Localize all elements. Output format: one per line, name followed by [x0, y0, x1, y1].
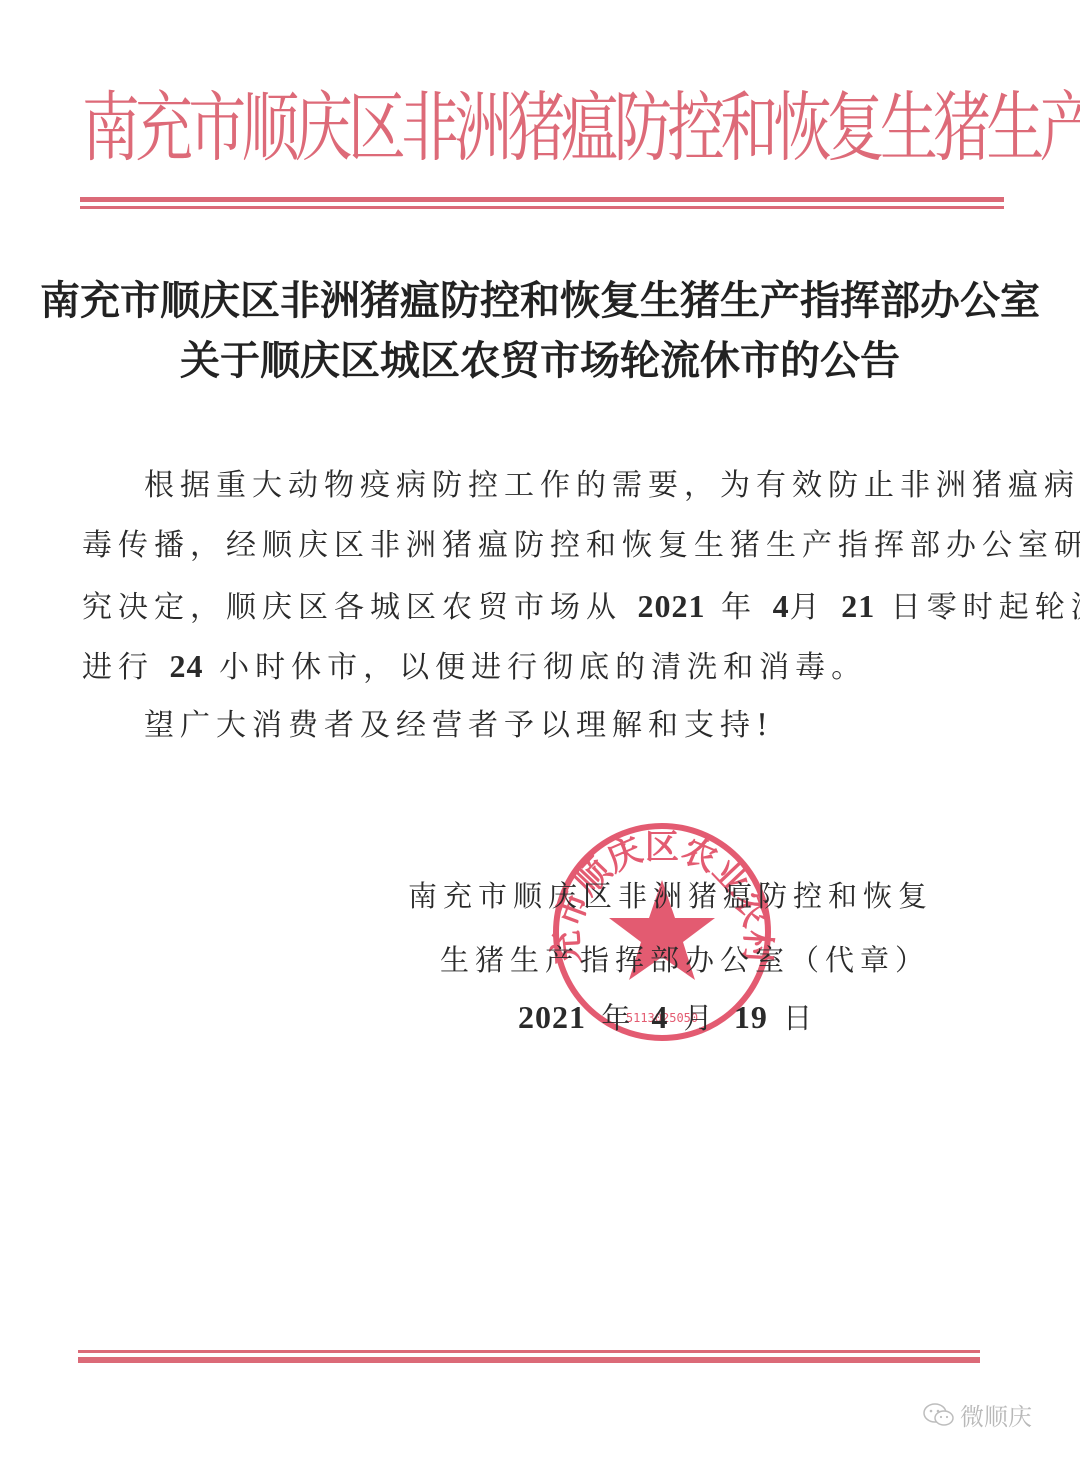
- wechat-icon: [922, 1401, 956, 1429]
- title-line-1: 南充市顺庆区非洲猪瘟防控和恢复生猪生产指挥部办公室: [0, 276, 1080, 326]
- header-rule-thick: [80, 197, 1004, 202]
- body-paragraph-1-line-2: 毒传播，经顺庆区非洲猪瘟防控和恢复生猪生产指挥部办公室研: [82, 518, 1002, 574]
- body-text: 毒传播，经顺庆区非洲猪瘟防控和恢复生猪生产指挥部办公室研: [82, 528, 1080, 563]
- signature-date: 2021 年 4 月 19 日: [518, 996, 818, 1037]
- signature-line-1: 南充市顺庆区非洲猪瘟防控和恢复: [408, 874, 933, 915]
- body-text: 望广大消费者及经营者予以理解和支持!: [144, 708, 774, 743]
- wechat-watermark: 微顺庆: [922, 1397, 1032, 1432]
- date-month-label: 月: [684, 1001, 719, 1035]
- body-text: 日零时起轮流: [891, 590, 1080, 625]
- body-text: 进行: [82, 650, 154, 685]
- watermark-label: 微顺庆: [960, 1397, 1032, 1432]
- footer-rule-thick: [78, 1357, 980, 1363]
- market-close-day: 21: [841, 588, 875, 624]
- body-text: 根据重大动物疫病防控工作的需要，为有效防止非洲猪瘟病: [144, 468, 1080, 503]
- body-paragraph-1-line-1: 根据重大动物疫病防控工作的需要，为有效防止非洲猪瘟病: [82, 458, 1064, 514]
- market-close-month: 4: [773, 588, 790, 624]
- body-text: 年: [721, 590, 757, 625]
- body-paragraph-1-line-4: 进行 24 小时休市，以便进行彻底的清洗和消毒。: [82, 638, 1002, 696]
- notice-document: 南充市顺庆区非洲猪瘟防控和恢复生猪生产指挥部办公室 南充市顺庆区非洲猪瘟防控和恢…: [0, 0, 1080, 1461]
- body-paragraph-2: 望广大消费者及经营者予以理解和支持!: [82, 698, 1064, 754]
- date-month: 4: [651, 999, 668, 1035]
- header-rule-thin: [80, 206, 1004, 209]
- closure-hours: 24: [170, 648, 204, 684]
- letterhead-org-name: 南充市顺庆区非洲猪瘟防控和恢复生猪生产指挥部办公室: [82, 72, 1002, 184]
- body-paragraph-1-line-3: 究决定，顺庆区各城区农贸市场从 2021 年 4月 21 日零时起轮流: [82, 578, 1002, 636]
- body-text: 月: [790, 590, 826, 625]
- date-day: 19: [734, 999, 768, 1035]
- signature-line-2: 生猪生产指挥部办公室（代章）: [440, 938, 930, 979]
- date-day-label: 日: [783, 1001, 818, 1035]
- market-close-year: 2021: [638, 588, 706, 624]
- date-year: 2021: [518, 999, 586, 1035]
- footer-rule-thin: [78, 1350, 980, 1353]
- body-text: 小时休市，以便进行彻底的清洗和消毒。: [219, 650, 867, 685]
- date-year-label: 年: [601, 1001, 636, 1035]
- body-text: 究决定，顺庆区各城区农贸市场从: [82, 590, 622, 625]
- title-line-2: 关于顺庆区城区农贸市场轮流休市的公告: [0, 336, 1080, 386]
